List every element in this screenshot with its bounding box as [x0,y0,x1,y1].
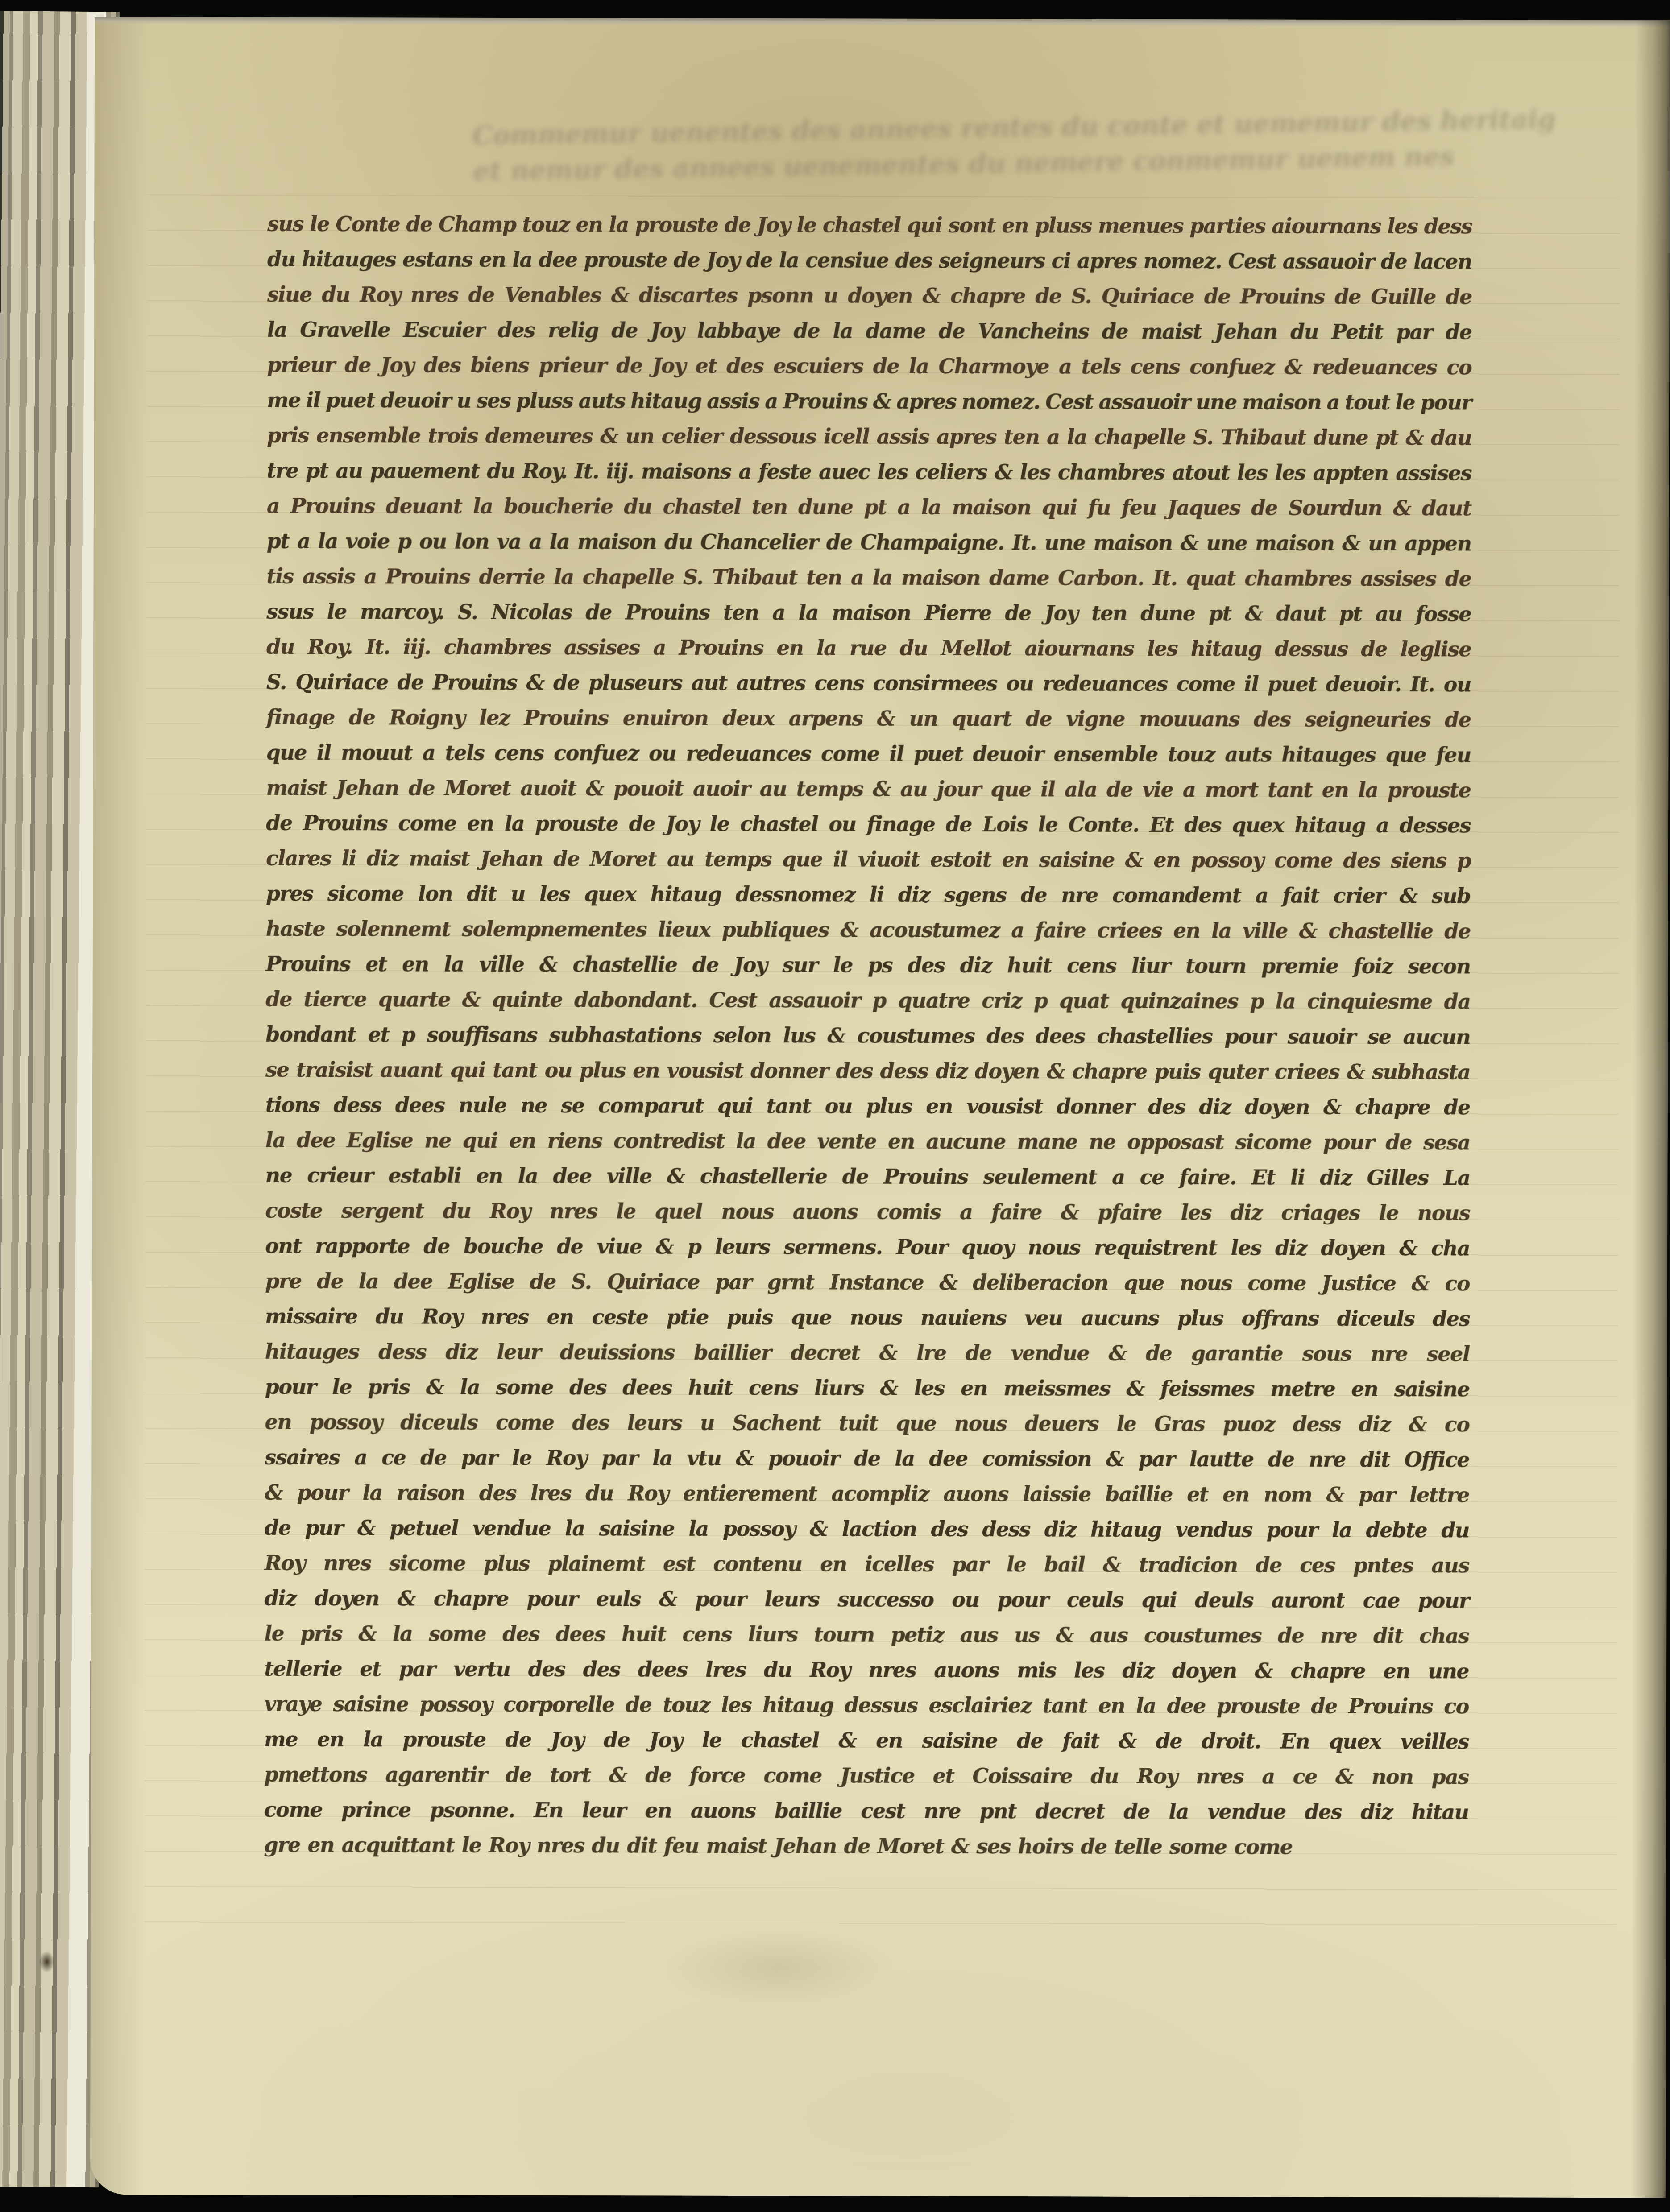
text-line: susleContedeChamptouzenlaproustedeJoylec… [267,212,1472,250]
text-line: meilpuetdeuoirusesplussautshitaugassisaP… [267,388,1471,426]
text-line: ssairesacedeparleRoyparlavtu&pouoirdelad… [265,1445,1469,1483]
text-line: necrieurestablienladeeville&chastellerie… [265,1163,1470,1201]
text-line: bondantetpsouffisanssubhastationsselonlu… [265,1022,1470,1060]
text-line: missaireduRoynresencesteptiepuisquenousn… [265,1304,1470,1342]
text-line: queilmouutatelscensconfuezouredeuancesco… [266,740,1471,778]
text-line: ladeeEglisenequienrienscontredistladeeve… [265,1128,1470,1166]
text-line: hastesolennemtsolempnementeslieuxpubliqu… [266,917,1471,955]
text-line: ptalavoiepoulonvaalamaisonduChancelierde… [266,529,1471,567]
text-line: enpossoydiceulscomedesleursuSachenttuitq… [265,1410,1469,1448]
parchment-page: Commemur uenentes des annees rentes du c… [90,17,1670,2198]
text-line: Roynressicomeplusplainemtestcontenuenice… [265,1551,1469,1589]
text-line: comeprincepsonne.Enleurenauonsbaillieces… [264,1798,1468,1836]
text-line: predeladeeEglisedeS.QuiriacepargrntInsta… [265,1269,1470,1307]
text-line: tellerieetparvertudesdesdeeslresduRoynre… [264,1657,1469,1695]
text-line: &pourlaraisondeslresduRoyentierementacom… [265,1480,1469,1518]
text-line: treptaupauementduRoy.It.iij.maisonsafest… [267,459,1471,496]
text-line: ssuslemarcoy.S.NicolasdeProuinstenalamai… [266,600,1471,637]
text-line: laGravelleEscuierdesreligdeJoylabbayedel… [267,318,1471,356]
text-line: hitaugesdessdizleurdeuissionsbaillierdec… [265,1340,1470,1377]
faded-inscription: Commemur uenentes des annees rentes du c… [472,102,1517,189]
text-line: pressicomelonditulesquexhitaugdessnomezl… [266,881,1471,919]
text-line: costesergentduRoynreslequelnousauonscomi… [265,1199,1470,1236]
text-line: dizdoyen&chaprepoureuls&pourleurssuccess… [264,1586,1469,1624]
text-line: finagedeRoignylezProuinsenuirondeuxarpen… [266,705,1471,743]
text-line: pourlepris&lasomedesdeeshuitcensliurs&le… [265,1375,1469,1413]
text-line: prieurdeJoydesbiensprieurdeJoyetdesescui… [267,353,1471,391]
text-line: duRoy.It.iij.chambresassisesaProuinsenla… [266,635,1471,673]
text-line: depur&petuelvenduelasaisinelapossoy&lact… [265,1516,1469,1554]
photo-background: { "colors": { "background": "#070706", "… [0,0,1670,2212]
text-line: ontrapportedebouchedeviue&pleurssermens.… [265,1234,1470,1272]
text-line: prisensembletroisdemeures&uncelierdessou… [267,423,1471,461]
text-line: meenlaproustedeJoydeJoylechastel&ensaisi… [264,1727,1469,1765]
text-line: clareslidizmaistJehandeMoretautempsqueil… [266,846,1471,884]
text-line: maistJehandeMoretauoit&pouoitauoirautemp… [266,776,1471,814]
page-crease [1631,20,1670,2198]
text-line: S.QuiriacedeProuins&depluseursautautresc… [266,670,1471,708]
text-line: detiercequarte&quintedabondant.Cestassau… [265,987,1470,1025]
text-line: aProuinsdeuantlaboucherieduchasteltendun… [267,494,1471,532]
text-line: tisassisaProuinsderrielachapelleS.Thibau… [266,564,1471,602]
text-line: deProuinscomeenlaproustedeJoylechastelou… [266,811,1471,849]
ink-speck [38,1950,55,1973]
text-line: Prouinsetenlaville&chastelliedeJoysurlep… [265,952,1470,990]
text-line: tionsdessdeesnulenesecomparutquitantoupl… [265,1093,1470,1131]
text-line: vrayesaisinepossoycorporelledetouzleshit… [264,1692,1469,1730]
text-block: susleContedeChamptouzenlaproustedeJoylec… [264,212,1472,1871]
text-line: duhitaugesestansenladeeproustedeJoydelac… [267,247,1472,285]
text-line: gre en acquittant le Roy nres du dit feu… [264,1833,1468,1871]
text-line: pmettonsagarentirdetort&deforcecomeJusti… [264,1762,1469,1800]
text-line: lepris&lasomedesdeeshuitcensliurstournpe… [264,1621,1469,1659]
parchment-stain [662,1927,894,2008]
text-line: siueduRoynresdeVenables&discartespsonnud… [267,282,1472,320]
text-line: setraisistauantquitantouplusenvousistdon… [265,1058,1470,1096]
page-top-edge [95,17,1670,27]
